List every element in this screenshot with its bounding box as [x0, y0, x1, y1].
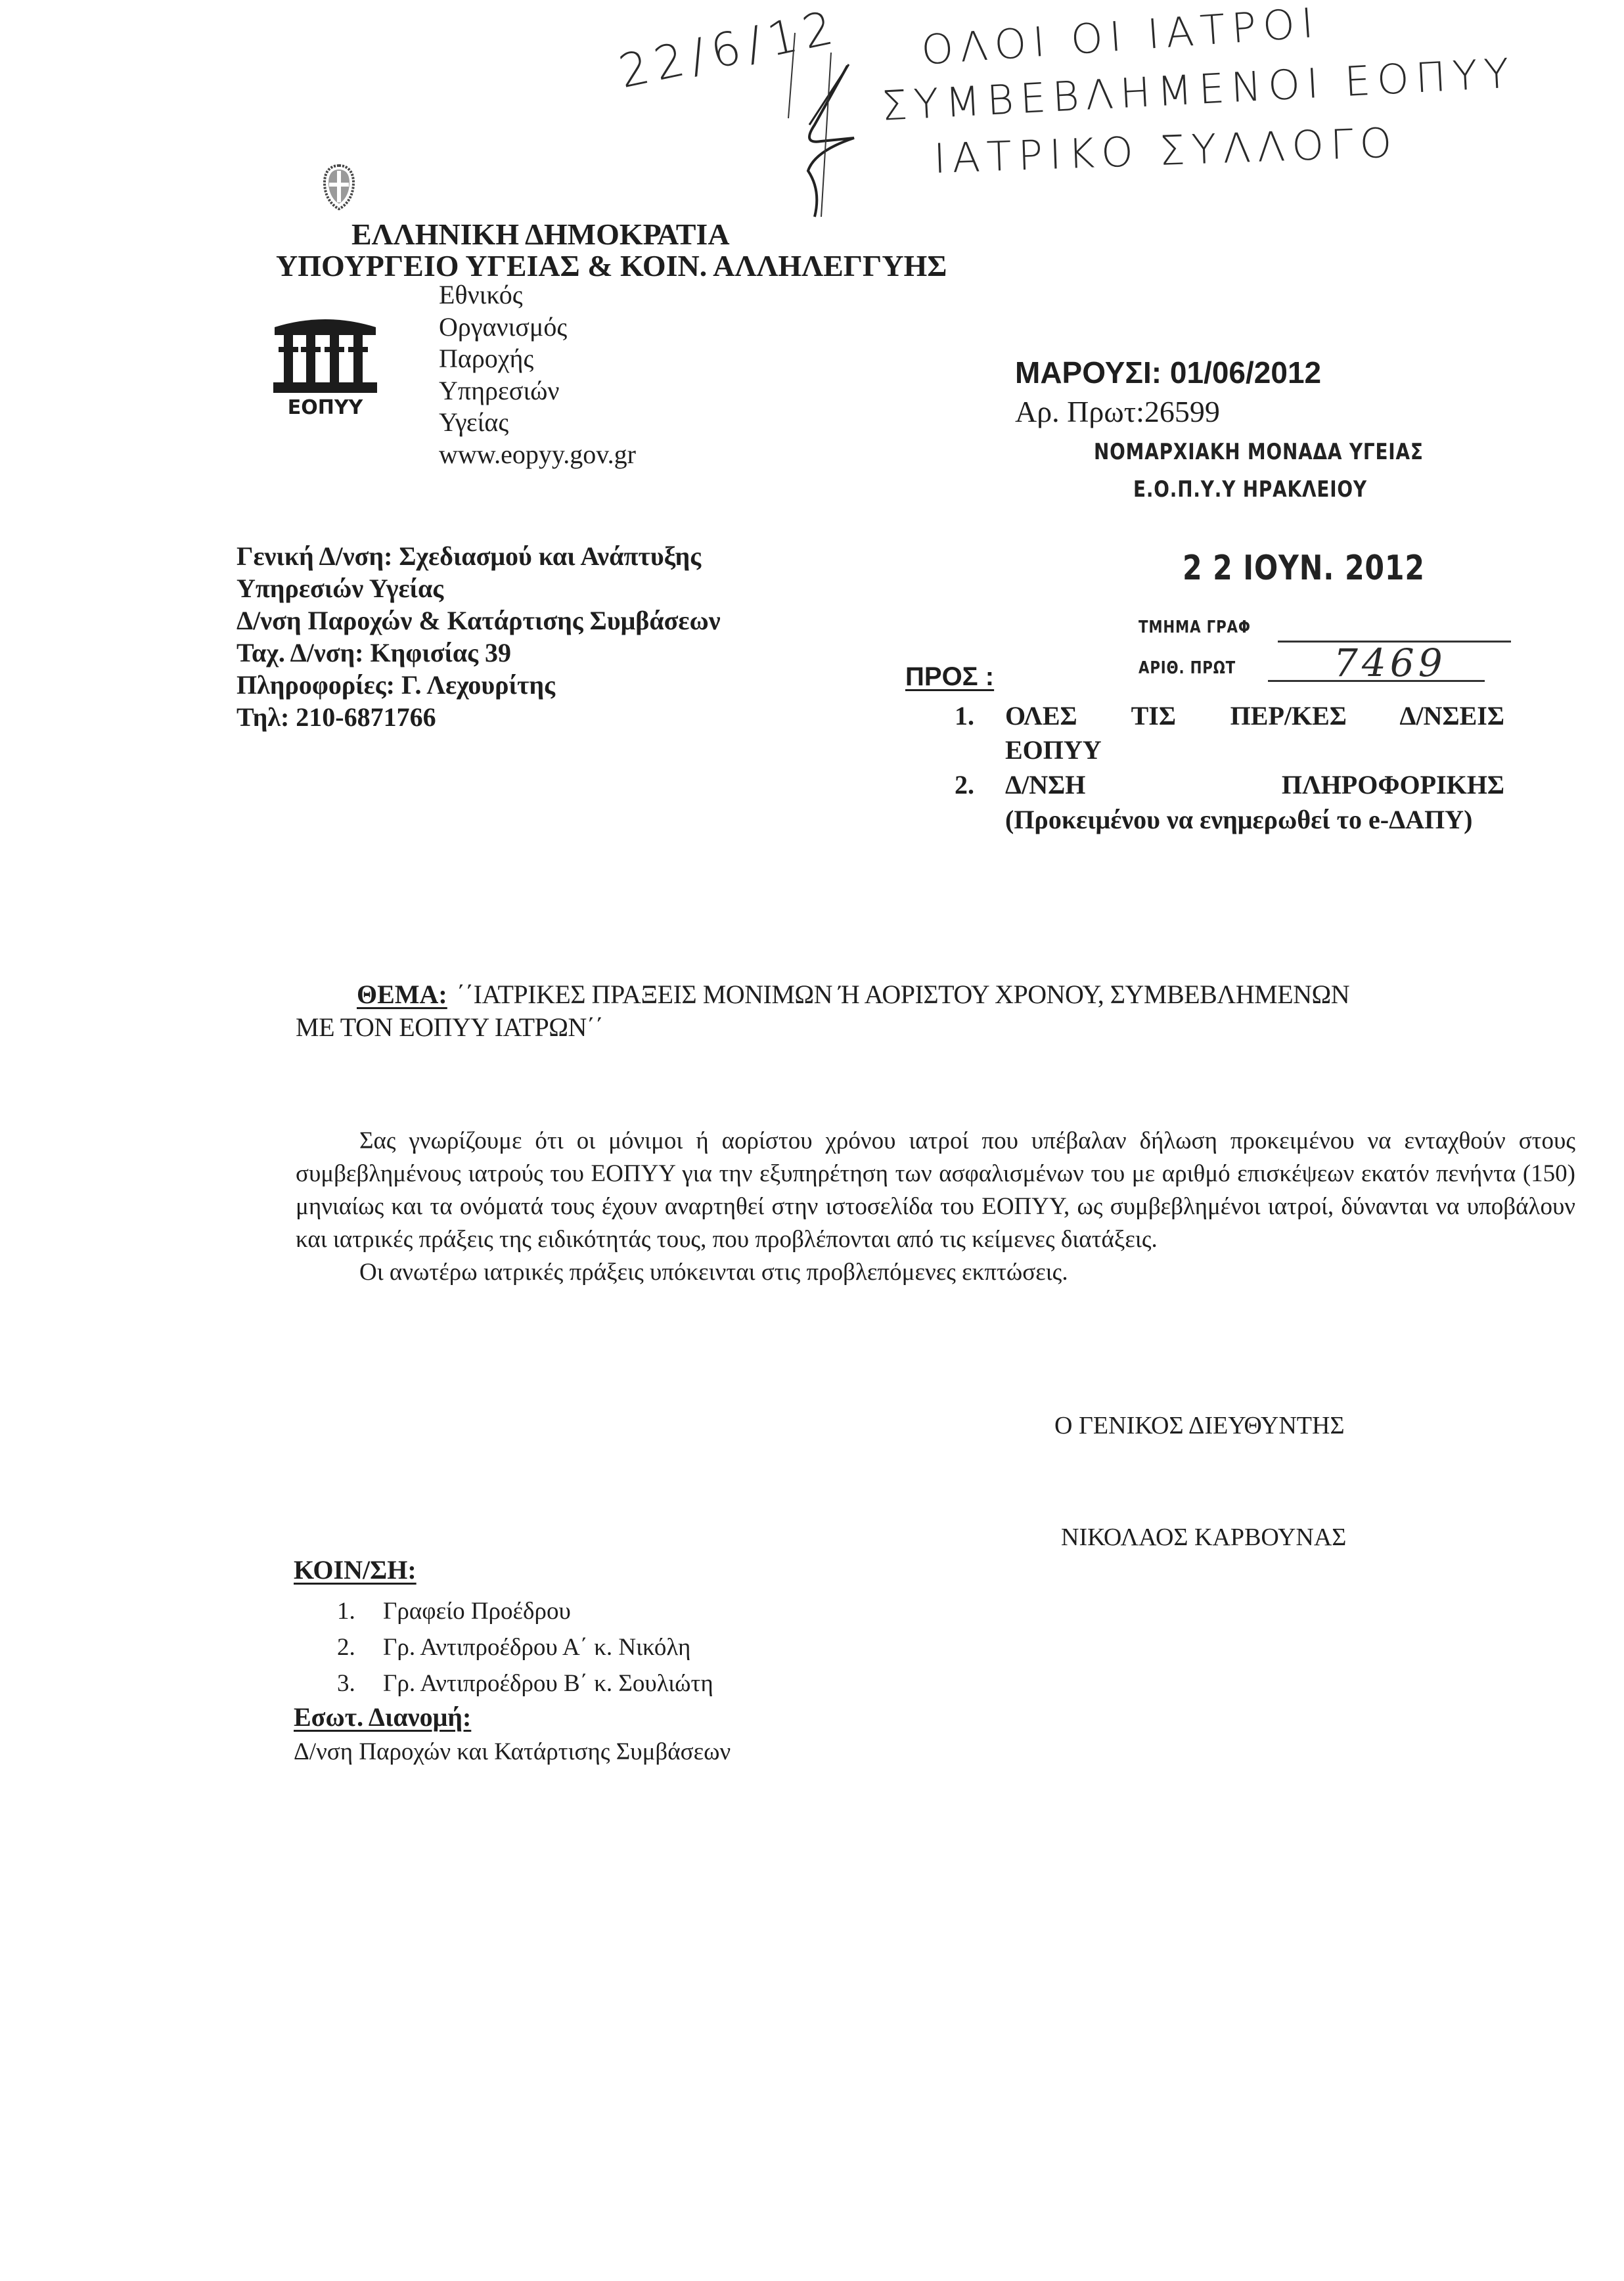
recipient-number: 1. [955, 700, 974, 733]
sender-line: Γενική Δ/νση: Σχεδιασμού και Ανάπτυξης [237, 540, 721, 572]
cc-item: 3.Γρ. Αντιπροέδρου Β΄ κ. Σουλιώτη [337, 1665, 713, 1702]
recipient-text: Δ/ΝΣΗ ΠΛΗΡΟΦΟΡΙΚΗΣ [1005, 769, 1504, 802]
stamp-office-line: Ε.Ο.Π.Υ.Υ ΗΡΑΚΛΕΙΟΥ [1133, 476, 1367, 503]
eopyy-logo-icon: ΕΟΠΥΥ [269, 309, 381, 417]
cc-list: 1.Γραφείο Προέδρου 2.Γρ. Αντιπροέδρου Α΄… [337, 1593, 713, 1702]
subject-label: ΘΕΜΑ: [357, 979, 447, 1010]
stamp-protocol-label: ΑΡΙΘ. ΠΡΩΤ [1139, 658, 1236, 678]
place-date: ΜΑΡΟΥΣΙ: 01/06/2012 [1015, 355, 1321, 390]
internal-distribution-label: Εσωτ. Διανομή: [294, 1702, 471, 1732]
cc-item-number: 2. [337, 1629, 383, 1665]
sender-line: Δ/νση Παροχών & Κατάρτισης Συμβάσεων [237, 604, 721, 637]
sender-line: Ταχ. Δ/νση: Κηφισίας 39 [237, 637, 721, 669]
org-line: Παροχής [439, 343, 636, 375]
stamp-department-label: ΤΜΗΜΑ ΓΡΑΦ [1139, 618, 1251, 637]
recipients-label: ΠΡΟΣ : [905, 662, 994, 692]
org-line: Οργανισμός [439, 311, 636, 344]
stamp-date: 2 2 ΙΟΥΝ. 2012 [1183, 549, 1425, 588]
cc-item-number: 1. [337, 1593, 383, 1629]
recipient-number: 2. [955, 769, 974, 802]
signatory-title: Ο ΓΕΝΙΚΟΣ ΔΙΕΥΘΥΝΤΗΣ [1054, 1411, 1345, 1440]
cc-item: 1.Γραφείο Προέδρου [337, 1593, 713, 1629]
cc-label: ΚΟΙΝ/ΣΗ: [294, 1554, 417, 1585]
internal-distribution-text: Δ/νση Παροχών και Κατάρτισης Συμβάσεων [294, 1738, 731, 1766]
protocol-number: Αρ. Πρωτ:26599 [1015, 394, 1220, 429]
sender-line: Πληροφορίες: Γ. Λεχουρίτης [237, 669, 721, 701]
subject-text: ΄΄ΙΑΤΡΙΚΕΣ ΠΡΑΞΕΙΣ ΜΟΝΙΜΩΝ Ή ΑΟΡΙΣΤΟΥ ΧΡ… [457, 979, 1349, 1010]
stamp-protocol-handwritten: 7469 [1334, 641, 1447, 685]
sender-phone: Τηλ: 210-6871766 [237, 701, 721, 733]
cc-item-text: Γραφείο Προέδρου [383, 1598, 571, 1625]
greek-coat-of-arms-icon [322, 163, 356, 210]
republic-heading: ΕΛΛΗΝΙΚΗ ΔΗΜΟΚΡΑΤΙΑ [351, 217, 730, 252]
logo-text: ΕΟΠΥΥ [288, 396, 364, 417]
cc-item-number: 3. [337, 1665, 383, 1702]
recipient-text-continued: ΕΟΠΥΥ [1005, 734, 1102, 767]
letter-body: Σας γνωρίζουμε ότι οι μόνιμοι ή αορίστου… [296, 1125, 1575, 1289]
handwritten-note-line: ΙΑΤΡΙΚΟ ΣΥΛΛΟΓΟ [933, 118, 1399, 183]
signatory-name: ΝΙΚΟΛΑΟΣ ΚΑΡΒΟΥΝΑΣ [1061, 1523, 1346, 1552]
organization-name-block: Εθνικός Οργανισμός Παροχής Υπηρεσιών Υγε… [439, 279, 636, 470]
sender-line: Υπηρεσιών Υγείας [237, 572, 721, 604]
cc-item-text: Γρ. Αντιπροέδρου Α΄ κ. Νικόλη [383, 1634, 690, 1661]
body-paragraph: Σας γνωρίζουμε ότι οι μόνιμοι ή αορίστου… [296, 1125, 1575, 1256]
sender-address-block: Γενική Δ/νση: Σχεδιασμού και Ανάπτυξης Υ… [237, 540, 721, 733]
body-paragraph: Οι ανωτέρω ιατρικές πράξεις υπόκεινται σ… [296, 1256, 1575, 1289]
stamp-unit-line: ΝΟΜΑΡΧΙΑΚΗ ΜΟΝΑΔΑ ΥΓΕΙΑΣ [1094, 439, 1424, 465]
org-website: www.eopyy.gov.gr [439, 439, 636, 471]
cc-item-text: Γρ. Αντιπροέδρου Β΄ κ. Σουλιώτη [383, 1670, 713, 1697]
recipient-text: ΟΛΕΣ ΤΙΣ ΠΕΡ/ΚΕΣ Δ/ΝΣΕΙΣ [1005, 700, 1504, 733]
recipient-note: (Προκειμένου να ενημερωθεί το e-ΔΑΠΥ) [1005, 803, 1478, 837]
org-line: Υπηρεσιών [439, 375, 636, 407]
org-line: Εθνικός [439, 279, 636, 311]
org-line: Υγείας [439, 407, 636, 439]
ministry-heading: ΥΠΟΥΡΓΕΙΟ ΥΓΕΙΑΣ & ΚΟΙΝ. ΑΛΛΗΛΕΓΓΥΗΣ [276, 248, 947, 283]
cc-item: 2.Γρ. Αντιπροέδρου Α΄ κ. Νικόλη [337, 1629, 713, 1665]
subject-text-continued: ΜΕ ΤΟΝ ΕΟΠΥΥ ΙΑΤΡΩΝ΄΄ [296, 1012, 604, 1043]
